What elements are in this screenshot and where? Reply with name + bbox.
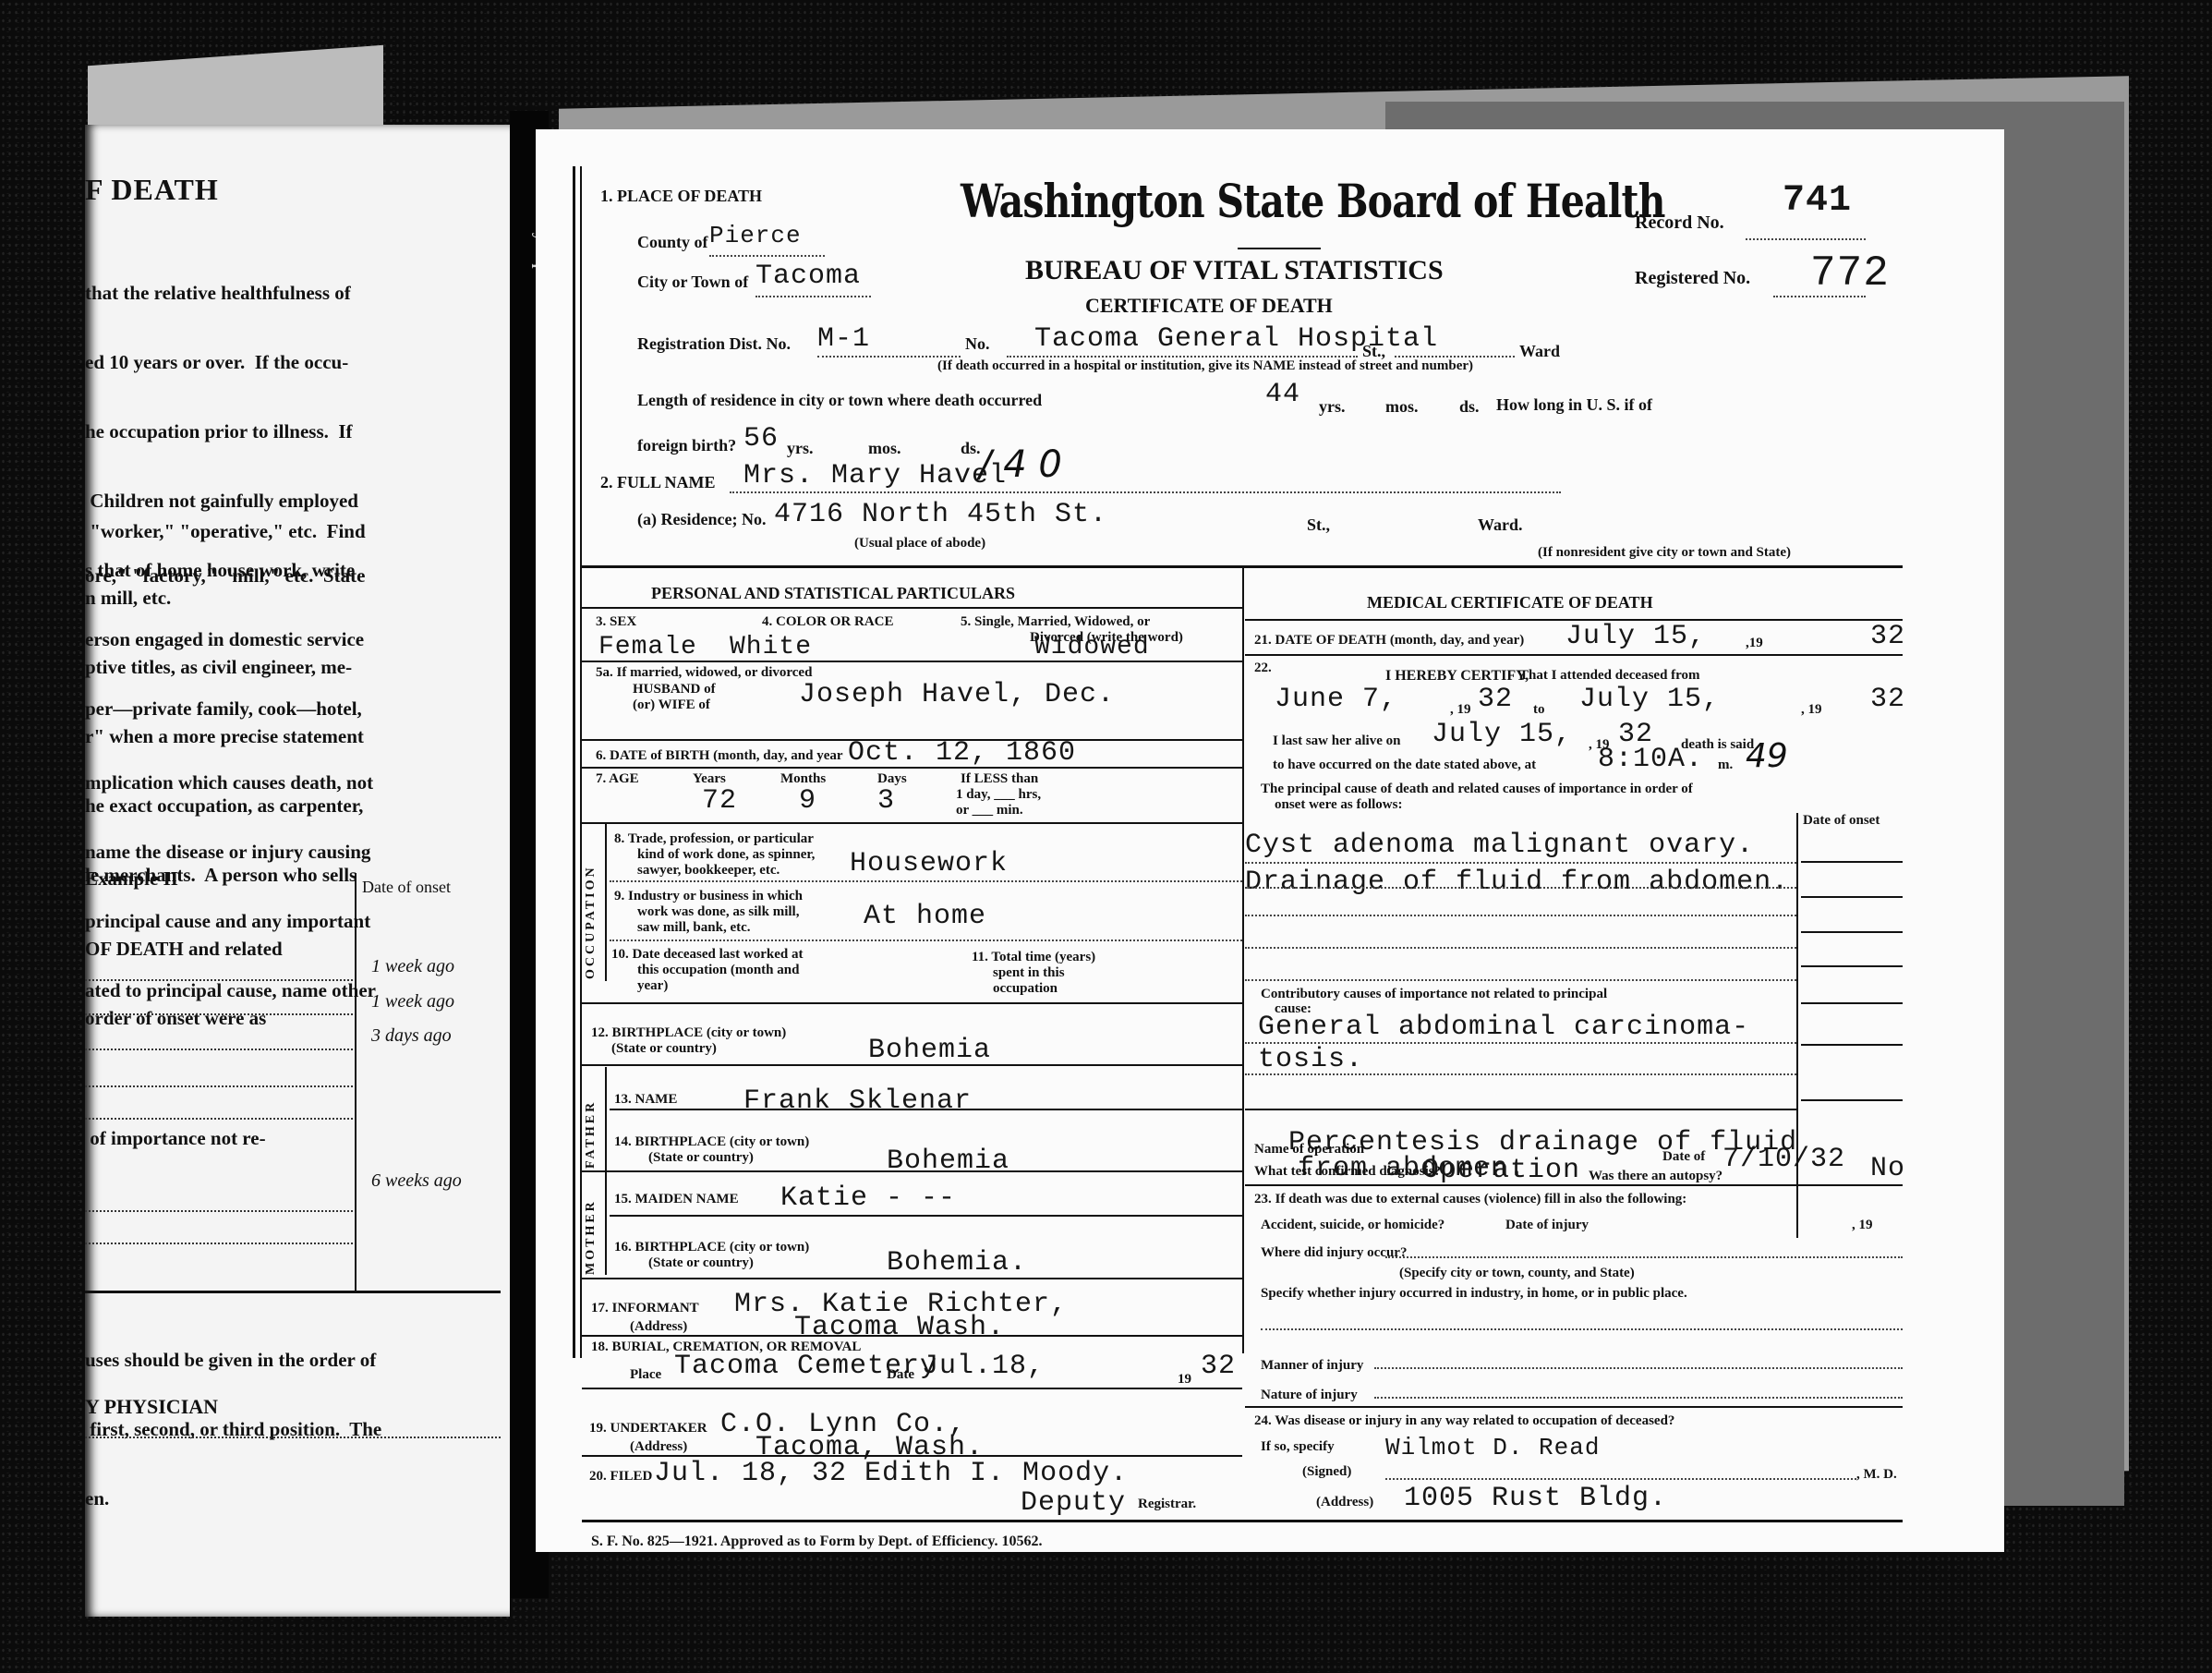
md-label: , M. D. [1856,1467,1897,1483]
injury-year-label: , 19 [1852,1218,1873,1233]
left-rule [85,1118,353,1121]
left-paragraph-2a: "worker," "operative," etc. Find [85,520,366,543]
left-onset-4: 6 weeks ago [371,1170,462,1192]
residence-ward-label: Ward. [1478,515,1523,535]
trade-label-3: sawyer, bookkeeper, etc. [637,863,780,879]
left-rule [85,1049,353,1051]
left-page: F DEATH that the relative healthfulness … [85,125,510,1617]
rule [582,607,1242,609]
record-no-line [1746,238,1866,240]
principal-cause-label-2: onset were as follows: [1275,797,1402,813]
left-page-heading: F DEATH [85,173,219,207]
medical-header: MEDICAL CERTIFICATE OF DEATH [1367,593,1653,612]
cause-1: Cyst adenoma malignant ovary. [1245,830,1754,861]
burial-date-label: Date [887,1367,914,1383]
father-name-label: 13. NAME [614,1092,677,1108]
last-worked-label-2: this occupation (month and [637,963,799,978]
full-name-label: 2. FULL NAME [600,473,716,492]
father-name-value: Frank Sklenar [743,1085,972,1117]
record-no: 741 [1783,180,1852,222]
cause-2: Drainage of fluid from abdomen. [1245,867,1789,898]
county-label: County of [637,233,708,252]
occupation-divider [605,824,607,981]
total-time-label-2: spent in this [993,965,1065,981]
rule [610,880,1242,882]
column-divider [1242,568,1244,1353]
external-causes-label: 23. If death was due to external causes … [1254,1192,1686,1207]
where-injury-note: (Specify city or town, county, and State… [1399,1266,1635,1281]
rule [582,1455,1242,1457]
age-months: 9 [799,785,816,817]
registrar-label: Registrar. [1138,1497,1196,1512]
left-onset-header: Date of onset [362,878,451,897]
rule [582,1335,1242,1337]
burial-date-value: Jul.18, [922,1351,1045,1382]
registered-no-line [1773,296,1866,297]
certificate-title: Washington State Board of Health [961,174,1665,228]
name-line [730,491,1561,493]
total-time-label-1: 11. Total time (years) [972,950,1095,965]
last-worked-label-1: 10. Date deceased last worked at [611,947,803,963]
certify-label: I HEREBY CERTIFY, [1385,668,1529,685]
m-label: m. [1718,758,1733,773]
rule [1245,915,1796,916]
where-injury-label: Where did injury occur? [1261,1245,1407,1261]
left-paragraph-2c: n mill, etc. [85,587,171,610]
deputy-value: Deputy [1021,1487,1126,1519]
registered-no: 772 [1810,249,1890,297]
rule [582,1388,1242,1389]
date-of-onset-header: Date of onset [1803,813,1880,829]
occupation-side-label: OCCUPATION [584,865,598,979]
age-days: 3 [877,785,895,817]
dob-label: 6. DATE of BIRTH (month, day, and year [596,748,843,764]
industry-label-3: saw mill, bank, etc. [637,920,751,936]
rule [582,767,1242,769]
trade-label-1: 8. Trade, profession, or particular [614,831,814,847]
mother-birthplace-label-2: (State or country) [648,1255,754,1271]
principal-cause-label-1: The principal cause of death and related… [1261,782,1693,797]
county-value: Pierce [709,222,802,249]
county-line [709,255,825,257]
operation-date-label: Date of [1662,1149,1705,1165]
burial-year-prefix: 19 [1178,1372,1191,1388]
rule [1385,1478,1856,1480]
onset-column-divider [355,873,357,1293]
age-years: 72 [702,785,737,817]
mother-maiden-label: 15. MAIDEN NAME [614,1192,739,1207]
physician-heading: Y PHYSICIAN [85,1395,218,1419]
certify-number: 22. [1254,661,1272,676]
rule [1801,1002,1903,1004]
left-onset-1: 1 week ago [371,956,454,977]
signed-label: (Signed) [1302,1464,1351,1480]
accident-label: Accident, suicide, or homicide? [1261,1218,1444,1233]
physician-address-label: (Address) [1316,1495,1373,1510]
rule [1245,1184,1903,1186]
rule [582,1064,1242,1066]
place-of-death-label: 1. PLACE OF DEATH [600,187,762,206]
father-birthplace-label-1: 14. BIRTHPLACE (city or town) [614,1134,809,1150]
rule [1245,1073,1796,1075]
rule [1245,654,1903,656]
residence-st-label: St., [1307,515,1330,535]
left-paragraph-2b: ore," "factory," "mill," etc. State [85,564,365,588]
us-ds-label: ds. [961,439,981,458]
ward-label: Ward [1519,342,1560,361]
left-rule [85,1210,353,1213]
city-label: City or Town of [637,273,748,292]
rule [582,822,1242,824]
burial-place-label: Place [630,1367,661,1383]
rule [1801,931,1903,933]
test-label: What test confirmed diagnosis? [1254,1164,1441,1180]
informant-address-value: Tacoma Wash. [794,1312,1005,1343]
trade-value: Housework [850,848,1008,879]
marital-label: 5. Single, Married, Widowed, or [961,614,1150,630]
death-certificate: 1. PLACE OF DEATH Washington State Board… [573,166,1921,1497]
record-no-label: Record No. [1635,212,1724,234]
if-so-label: If so, specify [1261,1439,1335,1455]
mother-birthplace-value: Bohemia. [887,1247,1027,1279]
rule [582,661,1242,662]
informant-address-label: (Address) [630,1319,687,1335]
handwritten-name-code: / 4 0 [979,443,1062,486]
spouse-label-1: 5a. If married, widowed, or divorced [596,665,812,681]
total-time-label-3: occupation [993,981,1058,997]
title-underline [1238,248,1321,249]
residence-length-label: Length of residence in city or town wher… [637,391,1042,410]
dod-year-prefix: ,19 [1746,636,1763,651]
operation-date: 7/10/32 [1722,1144,1845,1175]
physician-address: 1005 Rust Bldg. [1404,1483,1667,1514]
less-than-label-1: If LESS than [961,771,1038,787]
attended-to: July 15, [1579,684,1720,715]
less-than-label-3: or ___ min. [956,803,1023,818]
father-side-label: FATHER [584,1100,598,1169]
rule [1245,979,1796,981]
year-prefix-2: , 19 [1801,702,1822,718]
mos-label: mos. [1385,397,1419,417]
left-paragraph-5: uses should be given in the order of fir… [85,1303,381,1557]
hospital-note: (If death occurred in a hospital or inst… [937,358,1473,374]
mother-side-label: MOTHER [584,1199,598,1275]
rule [1245,1109,1796,1110]
nature-label: Nature of injury [1261,1388,1358,1403]
birthplace-label-1: 12. BIRTHPLACE (city or town) [591,1025,786,1041]
left-onset-2: 1 week ago [371,991,454,1012]
injury-date-label: Date of injury [1505,1218,1589,1233]
city-value: Tacoma [755,261,861,292]
left-rule [85,1085,353,1088]
sex-value: Female [598,633,697,661]
spouse-label-2: HUSBAND of [633,682,716,697]
form-approval-note: S. F. No. 825—1921. Approved as to Form … [591,1534,1042,1550]
birthplace-value: Bohemia [868,1035,991,1066]
rule [582,1170,1242,1172]
registration-district-label: Registration Dist. No. [637,334,791,354]
place-line [1007,356,1358,358]
rule [1385,1256,1903,1258]
age-label: 7. AGE [596,771,639,787]
date-of-death-value: July 15, [1565,621,1706,652]
ds-label: ds. [1459,397,1480,417]
test-value: Operation [1422,1155,1580,1186]
mother-birthplace-label-1: 16. BIRTHPLACE (city or town) [614,1240,809,1255]
occupation-related-label: 24. Was disease or injury in any way rel… [1254,1413,1674,1429]
attended-from-year: 32 [1478,684,1513,715]
rule [1801,965,1903,967]
certify-text: That I attended deceased from [1519,668,1700,684]
rule [1245,947,1796,949]
left-contributory-text: of importance not re- [85,1127,266,1150]
autopsy-label: Was there an autopsy? [1589,1169,1722,1184]
industry-value: At home [864,901,986,932]
left-onset-3: 3 days ago [371,1025,452,1047]
sex-label: 3. SEX [596,614,636,630]
registration-district-value: M-1 [817,323,870,355]
attended-from: June 7, [1275,684,1397,715]
spouse-value: Joseph Havel, Dec. [799,679,1115,710]
residence-label: (a) Residence; No. [637,510,766,529]
date-of-death-year: 32 [1870,621,1905,652]
time-of-death: 8:10A. [1598,744,1703,775]
year-prefix: , 19 [1450,702,1471,718]
ward-line [1395,356,1515,358]
no-label: No. [965,334,990,354]
autopsy-value: No [1870,1153,1905,1184]
last-saw-label: I last saw her alive on [1273,733,1400,749]
personal-header: PERSONAL AND STATISTICAL PARTICULARS [651,584,1015,603]
rule [1801,896,1903,898]
frame-line [573,166,575,1358]
rule [582,1278,1242,1279]
date-of-death-label: 21. DATE OF DEATH (month, day, and year) [1254,633,1524,649]
frame-line [580,166,582,1358]
race-value: White [730,633,812,661]
bureau-title: BUREAU OF VITAL STATISTICS [1025,255,1444,286]
rule [1261,1328,1903,1330]
race-label: 4. COLOR OR RACE [762,614,894,630]
us-mos-label: mos. [868,439,901,458]
undertaker-address-label: (Address) [630,1439,687,1455]
contributory-cause-1: General abdominal carcinoma- [1258,1012,1749,1043]
filed-label: 20. FILED [589,1469,652,1485]
industry-label-2: work was done, as silk mill, [637,904,799,920]
rule [1801,861,1903,863]
abode-note: (Usual place of abode) [854,536,985,552]
city-line [755,296,871,297]
last-saw-value: July 15, [1432,719,1572,750]
marital-value: Widowed [1034,633,1150,661]
bottom-divider [582,1520,1903,1522]
reg-dist-line [817,356,961,358]
contributory-label-1: Contributory causes of importance not re… [1261,987,1607,1002]
handwritten-time-code: 49 [1746,737,1788,775]
nonresident-note: (If nonresident give city or town and St… [1538,545,1791,561]
left-rule-solid [85,1291,501,1293]
undertaker-label: 19. UNDERTAKER [589,1421,707,1437]
filed-value: Jul. 18, 32 Edith I. Moody. [654,1458,1128,1489]
yrs-label: yrs. [1319,397,1346,417]
spouse-label-3: (or) WIFE of [633,697,710,713]
how-long-us-label: How long in U. S. if of [1496,395,1652,415]
left-rule [85,979,353,982]
foreign-birth-label: foreign birth? [637,436,736,455]
rule [1245,887,1796,889]
trade-label-2: kind of work done, as spinner, [637,847,815,863]
years-in-us: 56 [743,423,779,455]
rule [582,1002,1242,1004]
left-rule [85,1013,353,1016]
left-rule [85,1243,353,1245]
rule [1245,1406,1903,1408]
rule [1374,1397,1903,1399]
father-birthplace-label-2: (State or country) [648,1150,754,1166]
rule [1801,1099,1903,1101]
registered-no-label: Registered No. [1635,268,1750,289]
informant-label: 17. INFORMANT [591,1301,699,1316]
contributory-cause-2: tosis. [1258,1044,1363,1075]
burial-year: 32 [1201,1351,1236,1382]
rule [610,1109,1242,1110]
to-label: to [1533,702,1545,718]
example-heading: Example II [85,867,178,891]
specify-place-label: Specify whether injury occurred in indus… [1261,1286,1687,1302]
residence-value: 4716 North 45th St. [774,499,1107,530]
rule [610,1215,1242,1217]
less-than-label-2: 1 day, ___ hrs, [956,787,1041,803]
residence-length-years: 44 [1265,379,1300,410]
attended-to-year: 32 [1870,684,1905,715]
industry-label-1: 9. Industry or business in which [614,889,803,904]
rule [610,940,1242,941]
mother-maiden-value: Katie - -- [780,1182,956,1214]
rule [1245,862,1796,864]
last-worked-label-3: year) [637,978,668,994]
left-rule [85,1437,501,1439]
rule [1374,1367,1903,1369]
occurred-label: to have occurred on the date stated abov… [1273,758,1536,773]
full-name-value: Mrs. Mary Havel [743,460,1007,491]
dob-value: Oct. 12, 1860 [848,737,1076,769]
certificate-subtitle: CERTIFICATE OF DEATH [1085,294,1333,318]
us-yrs-label: yrs. [787,439,814,458]
physician-signature: Wilmot D. Read [1385,1434,1600,1461]
rule [1801,1044,1903,1046]
birthplace-label-2: (State or country) [611,1041,717,1057]
manner-label: Manner of injury [1261,1358,1363,1374]
